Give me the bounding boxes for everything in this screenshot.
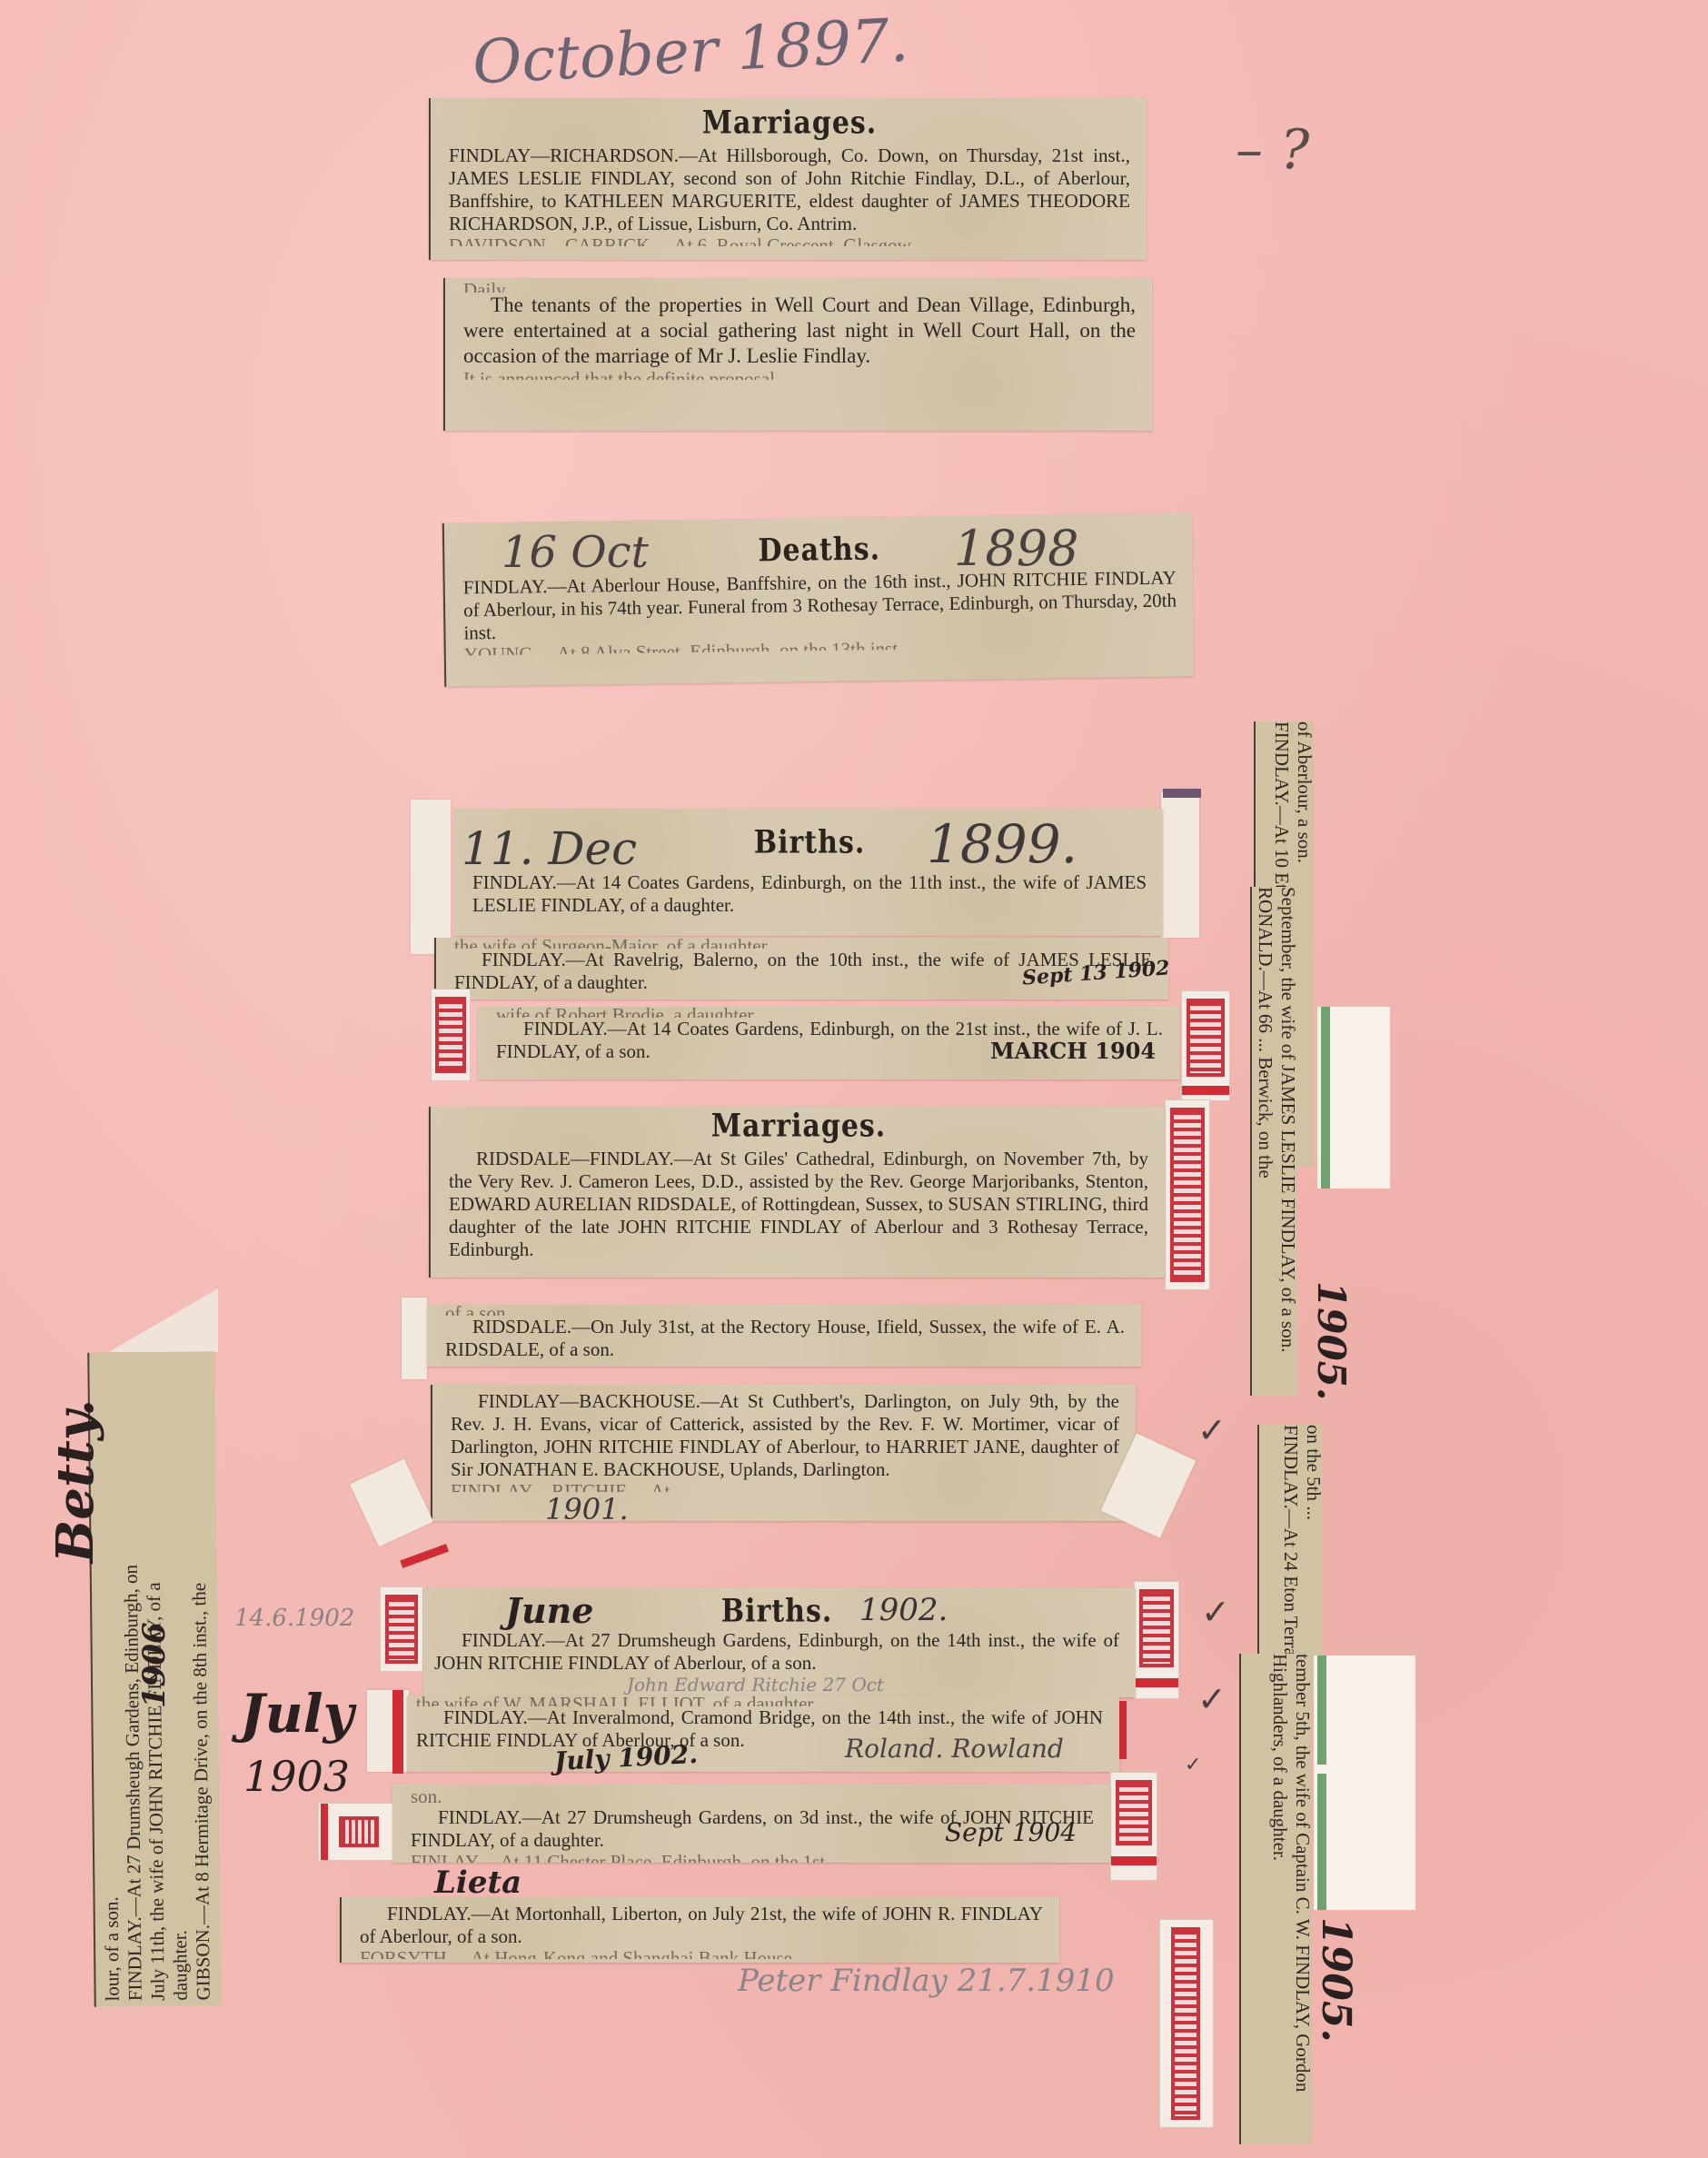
clipping-cut-top: the wife of W. MARSHALL ELLIOT, of a dau… [416,1696,1103,1706]
clipping-heading: Marriages. [449,1108,1148,1144]
clipping-cut-top: Daily. [463,280,1136,293]
vertical-clipping-birth-1905-daughter-cont: tember 5th, the wife of Captain C. W. FI… [1239,1654,1312,2144]
clipping-lead: RIDSDALE. [445,1316,571,1338]
annotation-june: June [505,1590,593,1631]
annotation-october-1897: October 1897. [471,5,909,97]
vertical-clipping-text: tember 5th, the wife of Captain C. W. FI… [1268,1654,1312,2144]
vertical-clipping-line: RONALD.—At 66 ... Berwick, on the [1254,887,1276,1396]
clipping-lead: FINDLAY. [434,1629,546,1651]
stamp-hinge [402,1298,427,1379]
annotation-year-1901: 1901. [545,1492,629,1527]
clipping-cut-top: the wife of Surgeon-Major, of a daughter… [454,938,1152,949]
clipping-cut-top: son. [411,1786,1094,1806]
clipping-body: FINDLAY—BACKHOUSE.—At St Cuthbert's, Dar… [451,1390,1119,1481]
annotation-deaths-year: 1898 [954,520,1078,577]
clipping-cut-line: DAVIDSON—CARRICK.—At 6, Royal Crescent, … [449,235,1130,246]
stamp-red-left [380,1586,423,1672]
annotation-roland-rowland: Roland. Rowland [845,1734,1064,1764]
stamp-hinge [1161,792,1199,938]
stamp-red-standalone [1159,1919,1214,2128]
annotation-question-mark: – ? [1236,118,1309,182]
stamp-red-band-left [392,1690,403,1774]
clipping-birth-1910-mortonhall: FINDLAY.—At Mortonhall, Liberton, on Jul… [340,1897,1059,1963]
clipping-cut-line: FINLAY.—At 11 Chester Place, Edinburgh, … [411,1852,1094,1863]
stamp-purple-band [1163,789,1201,798]
clipping-birth-ridsdale: of a son. RIDSDALE.—On July 31st, at the… [427,1305,1141,1367]
checkmark-icon: ✓ [1197,1410,1226,1450]
clipping-body: FINDLAY.—At Mortonhall, Liberton, on Jul… [360,1903,1043,1948]
vertical-clipping-line: September, the wife of JAMES LESLIE FIND… [1276,887,1297,1396]
stamp-green-upper [1317,1007,1390,1188]
clipping-heading: Marriages. [449,104,1130,141]
checkmark-icon: ✓ [1185,1754,1201,1776]
annotation-peter-findlay: Peter Findlay 21.7.1910 [738,1963,1115,1999]
clipping-text: —At Aberlour House, Banffshire, on the 1… [463,566,1177,643]
stamp-red-right [1181,990,1230,1101]
annotation-july-1903-month: July [240,1683,353,1745]
checkmark-icon: ✓ [1201,1592,1230,1632]
annotation-march-1904: MARCH 1904 [990,1038,1156,1064]
vertical-clipping-text: September, the wife of JAMES LESLIE FIND… [1254,887,1297,1396]
annotation-year-1906: 1906 [136,1622,173,1708]
clipping-lead: FINDLAY—BACKHOUSE. [451,1390,700,1412]
stamp-red-left [431,989,471,1081]
annotation-deaths-date: 16 Oct [501,527,649,578]
clipping-body: FINDLAY.—At 14 Coates Gardens, Edinburgh… [472,871,1147,917]
checkmark-icon: ✓ [1197,1679,1226,1719]
stamp-red-right [1134,1581,1179,1699]
stamp-hinge [109,1288,218,1352]
clipping-body: FINDLAY—RICHARDSON.—At Hillsborough, Co.… [449,144,1130,235]
annotation-date-14-6-1902: 14.6.1902 [234,1605,354,1632]
clipping-body: RIDSDALE—FINDLAY.—At St Giles' Cathedral… [449,1148,1148,1261]
clipping-lead: RIDSDALE—FINDLAY. [449,1148,674,1169]
annotation-year-1905-upper: 1905. [1309,1281,1354,1401]
annotation-july-1903-year: 1903 [243,1752,350,1801]
annotation-sept-1904: Sept 1904 [945,1817,1077,1847]
stamp-red-right [1165,1099,1210,1290]
stamp-red-fragment [398,1536,452,1574]
clipping-text: —At 14 Coates Gardens, Edinburgh, on the… [472,871,1147,916]
annotation-births-1902-year: 1902. [859,1592,948,1628]
clipping-tenants-gathering: Daily. The tenants of the properties in … [443,278,1152,431]
vertical-clipping-line: Highlanders, of a daughter. [1268,1654,1291,2144]
stamp-red-right [1110,1772,1157,1881]
stamp-green-lower [1314,1656,1415,1910]
vertical-clipping-line: tember 5th, the wife of Captain C. W. FI… [1291,1654,1312,2144]
stamp-hinge [350,1459,433,1547]
clipping-body: FINDLAY.—At 27 Drumsheugh Gardens, Edinb… [434,1629,1119,1675]
clipping-lead: FINDLAY. [496,1018,608,1039]
stamp-hinge [411,800,451,954]
clipping-marriage-backhouse: FINDLAY—BACKHOUSE.—At St Cuthbert's, Dar… [431,1385,1136,1521]
annotation-births-1899-year: 1899. [927,813,1077,875]
clipping-body: The tenants of the properties in Well Co… [463,293,1136,369]
stamp-red-left [318,1803,398,1861]
clipping-lead: FINDLAY. [463,575,548,598]
clipping-body: RIDSDALE.—On July 31st, at the Rectory H… [445,1316,1125,1361]
clipping-lead: FINDLAY. [416,1706,528,1728]
clipping-lead: FINDLAY. [454,949,566,970]
annotation-betty: Betty. [45,1399,105,1563]
clipping-marriage-1897: Marriages. FINDLAY—RICHARDSON.—At Hillsb… [429,98,1147,260]
clipping-cut-top: wife of Robert Brodie, a daughter. [496,1007,1163,1018]
clipping-cut-line: It is announced that the definite propos… [463,369,1136,380]
clipping-cut-top: of a son. [445,1305,1125,1316]
clipping-body: FINDLAY.—At Aberlour House, Banffshire, … [463,566,1177,644]
clipping-lead: FINDLAY. [411,1806,522,1828]
clipping-marriage-ridsdale: Marriages. RIDSDALE—FINDLAY.—At St Giles… [429,1107,1165,1278]
annotation-john-edward: John Edward Ritchie 27 Oct [627,1674,884,1696]
vertical-clipping-birth-1905-son-cont: September, the wife of JAMES LESLIE FIND… [1250,887,1297,1396]
annotation-year-1905-lower: 1905. [1313,1917,1359,2043]
annotation-births-1899-date: 11. Dec [462,822,637,875]
annotation-lieta: Lieta [434,1865,521,1901]
clipping-lead: FINDLAY—RICHARDSON. [449,144,679,166]
clipping-cut-line: FORSYTH.—At Hong-Kong and Shanghai Bank … [360,1948,1043,1959]
clipping-lead: FINDLAY. [360,1903,472,1924]
clipping-cut-line: FINDLAY—RITCHIE.—At ... [451,1481,1119,1492]
